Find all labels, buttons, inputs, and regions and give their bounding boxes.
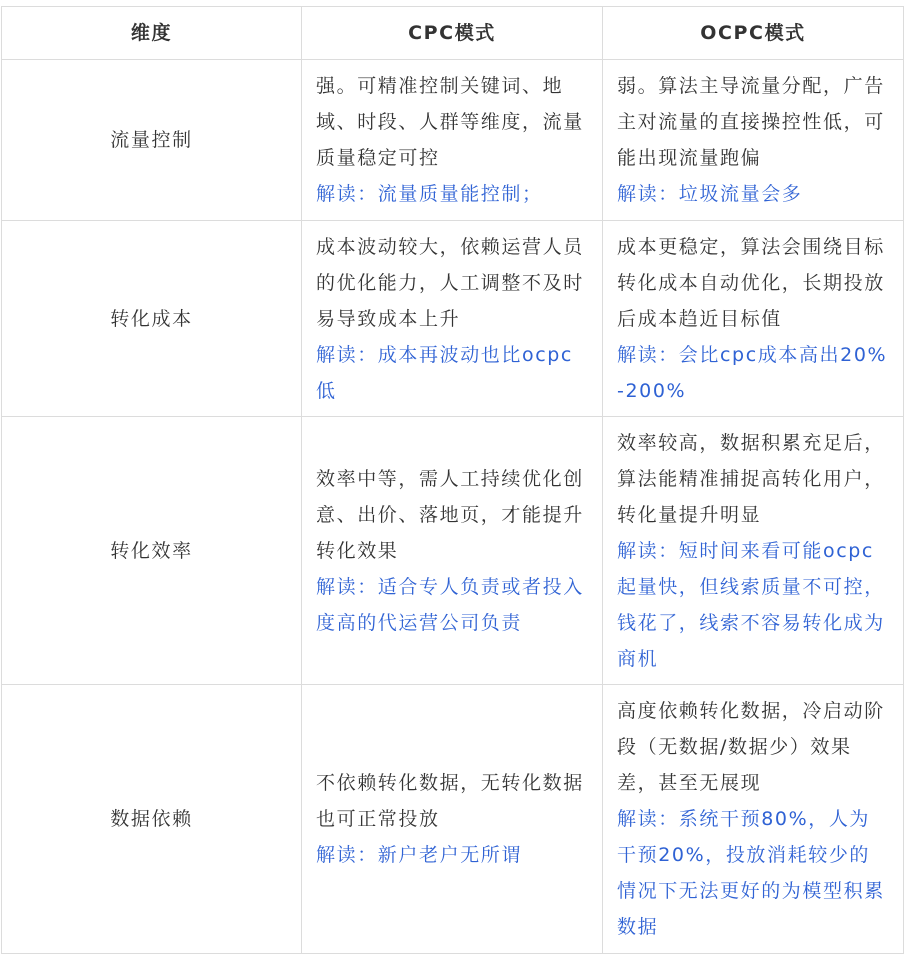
ocpc-description: 高度依赖转化数据，冷启动阶段（无数据/数据少）效果差，甚至无展现 <box>617 693 889 801</box>
dimension-cell: 转化效率 <box>2 417 302 685</box>
ocpc-note: 解读：垃圾流量会多 <box>617 176 889 212</box>
table-row: 流量控制 强。可精准控制关键词、地域、时段、人群等维度，流量质量稳定可控 解读：… <box>2 60 904 221</box>
cpc-note: 解读：适合专人负责或者投入度高的代运营公司负责 <box>316 569 588 641</box>
table-row: 转化成本 成本波动较大，依赖运营人员的优化能力，人工调整不及时易导致成本上升 解… <box>2 221 904 417</box>
ocpc-note: 解读：短时间来看可能ocpc起量快，但线索质量不可控，钱花了，线索不容易转化成为… <box>617 533 889 677</box>
cpc-cell: 效率中等，需人工持续优化创意、出价、落地页，才能提升转化效果 解读：适合专人负责… <box>302 417 603 685</box>
cpc-note: 解读：成本再波动也比ocpc低 <box>316 337 588 409</box>
table-row: 转化效率 效率中等，需人工持续优化创意、出价、落地页，才能提升转化效果 解读：适… <box>2 417 904 685</box>
cpc-cell: 强。可精准控制关键词、地域、时段、人群等维度，流量质量稳定可控 解读：流量质量能… <box>302 60 603 221</box>
cpc-note: 解读：新户老户无所谓 <box>316 837 588 873</box>
ocpc-cell: 效率较高，数据积累充足后，算法能精准捕捉高转化用户，转化量提升明显 解读：短时间… <box>603 417 904 685</box>
cpc-cell: 不依赖转化数据，无转化数据也可正常投放 解读：新户老户无所谓 <box>302 685 603 954</box>
dimension-cell: 数据依赖 <box>2 685 302 954</box>
dimension-cell: 流量控制 <box>2 60 302 221</box>
ocpc-description: 效率较高，数据积累充足后，算法能精准捕捉高转化用户，转化量提升明显 <box>617 425 889 533</box>
dimension-cell: 转化成本 <box>2 221 302 417</box>
header-cpc: CPC模式 <box>302 7 603 60</box>
cpc-description: 强。可精准控制关键词、地域、时段、人群等维度，流量质量稳定可控 <box>316 68 588 176</box>
ocpc-cell: 高度依赖转化数据，冷启动阶段（无数据/数据少）效果差，甚至无展现 解读：系统干预… <box>603 685 904 954</box>
cpc-note: 解读：流量质量能控制； <box>316 176 588 212</box>
comparison-table: 维度 CPC模式 OCPC模式 流量控制 强。可精准控制关键词、地域、时段、人群… <box>1 6 904 954</box>
cpc-cell: 成本波动较大，依赖运营人员的优化能力，人工调整不及时易导致成本上升 解读：成本再… <box>302 221 603 417</box>
table-row: 数据依赖 不依赖转化数据，无转化数据也可正常投放 解读：新户老户无所谓 高度依赖… <box>2 685 904 954</box>
table-header-row: 维度 CPC模式 OCPC模式 <box>2 7 904 60</box>
ocpc-note: 解读：会比cpc成本高出20%-200% <box>617 337 889 409</box>
ocpc-cell: 弱。算法主导流量分配，广告主对流量的直接操控性低，可能出现流量跑偏 解读：垃圾流… <box>603 60 904 221</box>
ocpc-description: 成本更稳定，算法会围绕目标转化成本自动优化，长期投放后成本趋近目标值 <box>617 229 889 337</box>
header-dimension: 维度 <box>2 7 302 60</box>
cpc-description: 效率中等，需人工持续优化创意、出价、落地页，才能提升转化效果 <box>316 461 588 569</box>
cpc-description: 成本波动较大，依赖运营人员的优化能力，人工调整不及时易导致成本上升 <box>316 229 588 337</box>
ocpc-cell: 成本更稳定，算法会围绕目标转化成本自动优化，长期投放后成本趋近目标值 解读：会比… <box>603 221 904 417</box>
ocpc-note: 解读：系统干预80%，人为干预20%，投放消耗较少的情况下无法更好的为模型积累数… <box>617 801 889 945</box>
header-ocpc: OCPC模式 <box>603 7 904 60</box>
cpc-description: 不依赖转化数据，无转化数据也可正常投放 <box>316 765 588 837</box>
ocpc-description: 弱。算法主导流量分配，广告主对流量的直接操控性低，可能出现流量跑偏 <box>617 68 889 176</box>
